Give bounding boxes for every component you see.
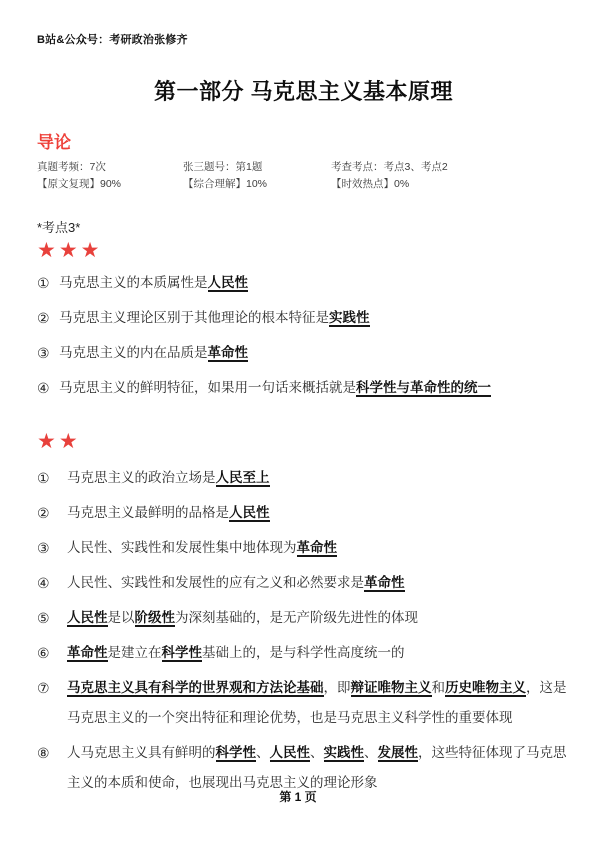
item-text: 马克思主义具有科学的世界观和方法论基础，即辩证唯物主义和历史唯物主义，这是马克思… xyxy=(67,673,570,733)
item-number: ① xyxy=(37,268,59,298)
plain-text: 基础上的，是与科学性高度统一的 xyxy=(202,645,405,661)
plain-text: 马克思主义的本质属性是 xyxy=(59,275,208,291)
section-label-kaodian3: *考点3* xyxy=(37,217,570,236)
list-item: ⑥革命性是建立在科学性基础上的，是与科学性高度统一的 xyxy=(37,638,570,668)
emphasized-term: 发展性 xyxy=(378,745,419,762)
stat-original-recall: 【原文复现】90% xyxy=(37,176,183,193)
plain-text: ，即 xyxy=(324,680,351,696)
list-item: ⑦马克思主义具有科学的世界观和方法论基础，即辩证唯物主义和历史唯物主义，这是马克… xyxy=(37,673,570,733)
item-text: 马克思主义的政治立场是人民至上 xyxy=(67,463,570,493)
plain-text: 和 xyxy=(432,680,446,696)
three-star-rating-icon: ★★★ xyxy=(37,238,570,264)
stat-exam-points: 考查考点：考点3、考点2 xyxy=(331,159,570,176)
plain-text: 马克思主义最鲜明的品格是 xyxy=(67,505,229,521)
emphasized-term: 历史唯物主义 xyxy=(445,680,526,697)
emphasized-term: 革命性 xyxy=(297,540,338,557)
item-number: ① xyxy=(37,463,67,493)
emphasized-term: 人民性 xyxy=(229,505,270,522)
exam-stats: 真题考频：7次 【原文复现】90% 张三题号：第1题 【综合理解】10% 考查考… xyxy=(37,159,570,193)
plain-text: 人马克思主义具有鲜明的 xyxy=(67,745,216,761)
item-number: ⑦ xyxy=(37,673,67,703)
list-item: ①马克思主义的政治立场是人民至上 xyxy=(37,463,570,493)
item-text: 马克思主义的本质属性是人民性 xyxy=(59,268,570,298)
item-number: ⑧ xyxy=(37,738,67,768)
intro-heading: 导论 xyxy=(37,128,570,153)
emphasized-term: 实践性 xyxy=(324,745,365,762)
item-number: ④ xyxy=(37,568,67,598)
plain-text: 马克思主义的政治立场是 xyxy=(67,470,216,486)
item-text: 人民性是以阶级性为深刻基础的，是无产阶级先进性的体现 xyxy=(67,603,570,633)
emphasized-term: 科学性 xyxy=(162,645,203,662)
item-text: 马克思主义最鲜明的品格是人民性 xyxy=(67,498,570,528)
stat-comprehension: 【综合理解】10% xyxy=(183,176,331,193)
item-text: 马克思主义的内在品质是革命性 xyxy=(59,338,570,368)
list-item: ⑤人民性是以阶级性为深刻基础的，是无产阶级先进性的体现 xyxy=(37,603,570,633)
emphasized-term: 实践性 xyxy=(329,310,370,327)
list-item: ④人民性、实践性和发展性的应有之义和必然要求是革命性 xyxy=(37,568,570,598)
plain-text: 、 xyxy=(364,745,378,761)
emphasized-term: 辩证唯物主义 xyxy=(351,680,432,697)
emphasized-term: 人民至上 xyxy=(216,470,270,487)
plain-text: 是以 xyxy=(108,610,135,626)
plain-text: 马克思主义的鲜明特征，如果用一句话来概括就是 xyxy=(59,380,356,396)
emphasized-term: 革命性 xyxy=(208,345,249,362)
plain-text: 人民性、实践性和发展性集中地体现为 xyxy=(67,540,297,556)
item-number: ④ xyxy=(37,373,59,403)
emphasized-term: 阶级性 xyxy=(135,610,176,627)
plain-text: 马克思主义的内在品质是 xyxy=(59,345,208,361)
emphasized-term: 科学性 xyxy=(216,745,257,762)
plain-text: 、 xyxy=(310,745,324,761)
list-item: ①马克思主义的本质属性是人民性 xyxy=(37,268,570,298)
plain-text: 马克思主义理论区别于其他理论的根本特征是 xyxy=(59,310,329,326)
item-text: 马克思主义的鲜明特征，如果用一句话来概括就是科学性与革命性的统一 xyxy=(59,373,570,403)
emphasized-term: 人民性 xyxy=(270,745,311,762)
page-title: 第一部分 马克思主义基本原理 xyxy=(37,75,570,106)
list-item: ③马克思主义的内在品质是革命性 xyxy=(37,338,570,368)
plain-text: 为深刻基础的，是无产阶级先进性的体现 xyxy=(175,610,418,626)
stat-col-exam-points: 考查考点：考点3、考点2 【时效热点】0% xyxy=(331,159,570,193)
item-text: 马克思主义理论区别于其他理论的根本特征是实践性 xyxy=(59,303,570,333)
key-points-list-2: ①马克思主义的政治立场是人民至上②马克思主义最鲜明的品格是人民性③人民性、实践性… xyxy=(37,463,570,798)
list-item: ④马克思主义的鲜明特征，如果用一句话来概括就是科学性与革命性的统一 xyxy=(37,373,570,403)
list-item: ②马克思主义理论区别于其他理论的根本特征是实践性 xyxy=(37,303,570,333)
item-text: 人民性、实践性和发展性集中地体现为革命性 xyxy=(67,533,570,563)
document-page: B站&公众号：考研政治张修齐 第一部分 马克思主义基本原理 导论 真题考频：7次… xyxy=(0,0,596,842)
list-item: ②马克思主义最鲜明的品格是人民性 xyxy=(37,498,570,528)
item-number: ② xyxy=(37,303,59,333)
emphasized-term: 马克思主义具有科学的世界观和方法论基础 xyxy=(67,680,324,697)
emphasized-term: 革命性 xyxy=(67,645,108,662)
channel-watermark: B站&公众号：考研政治张修齐 xyxy=(37,31,570,47)
plain-text: 人民性、实践性和发展性的应有之义和必然要求是 xyxy=(67,575,364,591)
emphasized-term: 人民性 xyxy=(67,610,108,627)
item-number: ⑥ xyxy=(37,638,67,668)
list-item: ③人民性、实践性和发展性集中地体现为革命性 xyxy=(37,533,570,563)
stat-hot-topics: 【时效热点】0% xyxy=(331,176,570,193)
item-number: ⑤ xyxy=(37,603,67,633)
emphasized-term: 人民性 xyxy=(208,275,249,292)
item-text: 人民性、实践性和发展性的应有之义和必然要求是革命性 xyxy=(67,568,570,598)
stat-col-frequency: 真题考频：7次 【原文复现】90% xyxy=(37,159,183,193)
stat-frequency: 真题考频：7次 xyxy=(37,159,183,176)
two-star-rating-icon: ★★ xyxy=(37,429,570,455)
plain-text: 、 xyxy=(256,745,270,761)
stat-col-question-number: 张三题号：第1题 【综合理解】10% xyxy=(183,159,331,193)
page-number: 第 1 页 xyxy=(0,788,596,805)
key-points-list-1: ①马克思主义的本质属性是人民性②马克思主义理论区别于其他理论的根本特征是实践性③… xyxy=(37,268,570,403)
emphasized-term: 革命性 xyxy=(364,575,405,592)
emphasized-term: 科学性与革命性的统一 xyxy=(356,380,491,397)
item-text: 革命性是建立在科学性基础上的，是与科学性高度统一的 xyxy=(67,638,570,668)
stat-question-number: 张三题号：第1题 xyxy=(183,159,331,176)
item-number: ② xyxy=(37,498,67,528)
plain-text: 是建立在 xyxy=(108,645,162,661)
item-number: ③ xyxy=(37,338,59,368)
item-number: ③ xyxy=(37,533,67,563)
